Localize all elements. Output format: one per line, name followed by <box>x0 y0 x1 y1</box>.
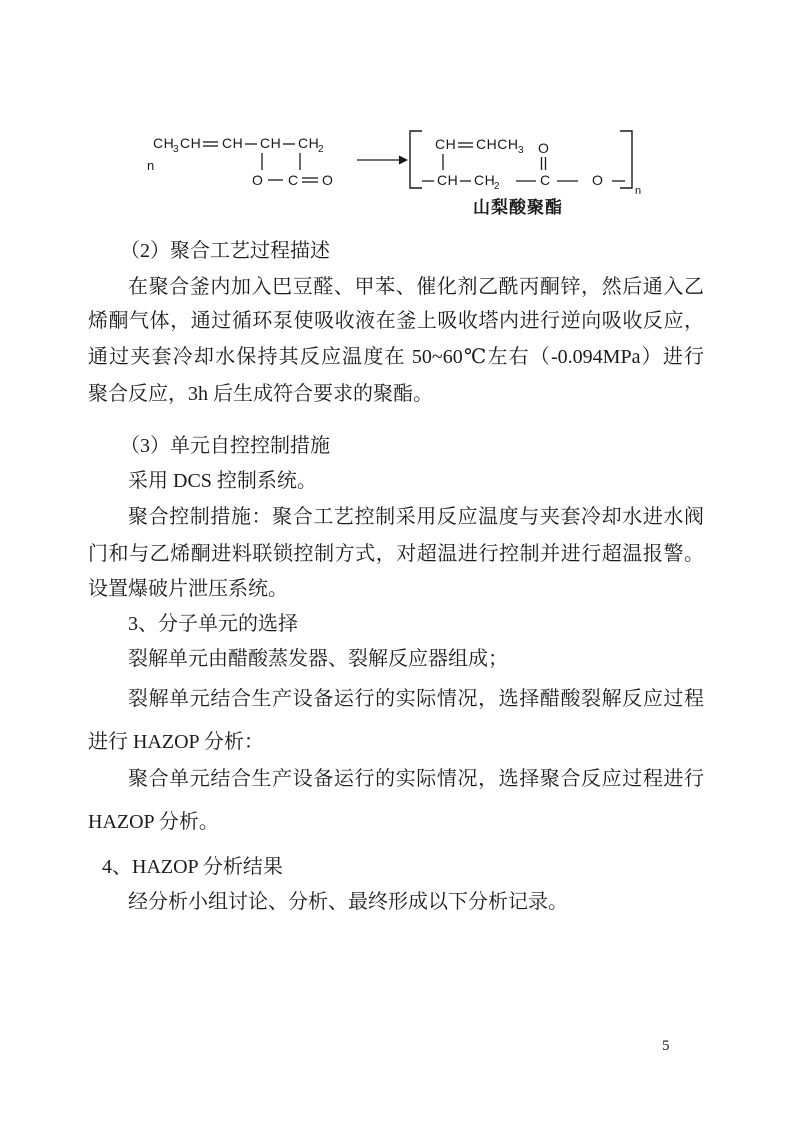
paragraph-line: 通过夹套冷却水保持其反应温度在 50~60℃左右（-0.094MPa）进行 <box>88 346 704 368</box>
product-sub3: 3 <box>518 145 524 156</box>
paragraph-line: 经分析小组讨论、分析、最终形成以下分析记录。 <box>88 891 704 913</box>
product-ch2-label: CH <box>474 172 495 188</box>
diagram-caption: 山梨酸聚酯 <box>473 197 563 217</box>
paragraph-line: HAZOP 分析。 <box>88 811 704 833</box>
product-ch-label: CH <box>435 136 456 152</box>
reaction-arrow-head <box>399 156 408 165</box>
page-number: 5 <box>662 1038 670 1055</box>
reactant-sub3: 3 <box>173 144 179 155</box>
paragraph-line: 聚合反应，3h 后生成符合要求的聚酯。 <box>88 383 704 405</box>
paragraph-line: 设置爆破片泄压系统。 <box>88 578 704 600</box>
reactant-o-label: O <box>322 172 333 188</box>
right-bracket <box>620 131 632 188</box>
reaction-scheme-diagram: CH 3 CH CH CH CH 2 n O C O CH CHCH 3 O <box>0 115 793 225</box>
paragraph-line: 聚合单元结合生产设备运行的实际情况，选择聚合反应过程进行 <box>88 768 704 790</box>
left-bracket <box>410 131 422 188</box>
paragraph-line: 裂解单元由醋酸蒸发器、裂解反应器组成； <box>88 648 704 670</box>
heading-line: 3、分子单元的选择 <box>88 613 704 635</box>
product-sub2: 2 <box>494 181 500 192</box>
reactant-ch-label: CH <box>180 135 201 151</box>
paragraph-line: 聚合控制措施：聚合工艺控制采用反应温度与夹套冷却水进水阀 <box>88 506 704 528</box>
product-ch-label: CH <box>437 172 458 188</box>
paragraph-line: 进行 HAZOP 分析： <box>88 731 704 753</box>
paragraph-line: 烯酮气体，通过循环泵使吸收液在釜上吸收塔内进行逆向吸收反应， <box>88 310 704 332</box>
reactant-o-label: O <box>252 172 263 188</box>
paragraph-line: 在聚合釜内加入巴豆醛、甲苯、催化剂乙酰丙酮锌，然后通入乙 <box>88 276 704 298</box>
product-chch-label: CHCH <box>476 136 518 152</box>
reactant-n-label: n <box>147 158 154 173</box>
reactant-sub2: 2 <box>318 144 324 155</box>
paragraph-line: 采用 DCS 控制系统。 <box>88 470 704 492</box>
heading-line: 4、HAZOP 分析结果 <box>88 856 704 878</box>
reactant-ch-label: CH <box>153 135 174 151</box>
product-o-top-label: O <box>538 140 549 156</box>
document-page: CH 3 CH CH CH CH 2 n O C O CH CHCH 3 O <box>0 0 793 1122</box>
paragraph-line: 裂解单元结合生产设备运行的实际情况，选择醋酸裂解反应过程 <box>88 688 704 710</box>
reactant-ch-label: CH <box>260 135 281 151</box>
heading-line: （3）单元自控控制措施 <box>88 435 704 457</box>
product-c-label: C <box>540 172 551 188</box>
paragraph-line: 门和与乙烯酮进料联锁控制方式，对超温进行控制并进行超温报警。 <box>88 543 704 565</box>
product-o-label: O <box>592 172 603 188</box>
reactant-ch-label: CH <box>298 135 319 151</box>
reactant-c-label: C <box>288 172 299 188</box>
reactant-ch-label: CH <box>222 135 243 151</box>
heading-line: （2）聚合工艺过程描述 <box>88 240 704 262</box>
product-n-subscript: n <box>635 185 641 197</box>
